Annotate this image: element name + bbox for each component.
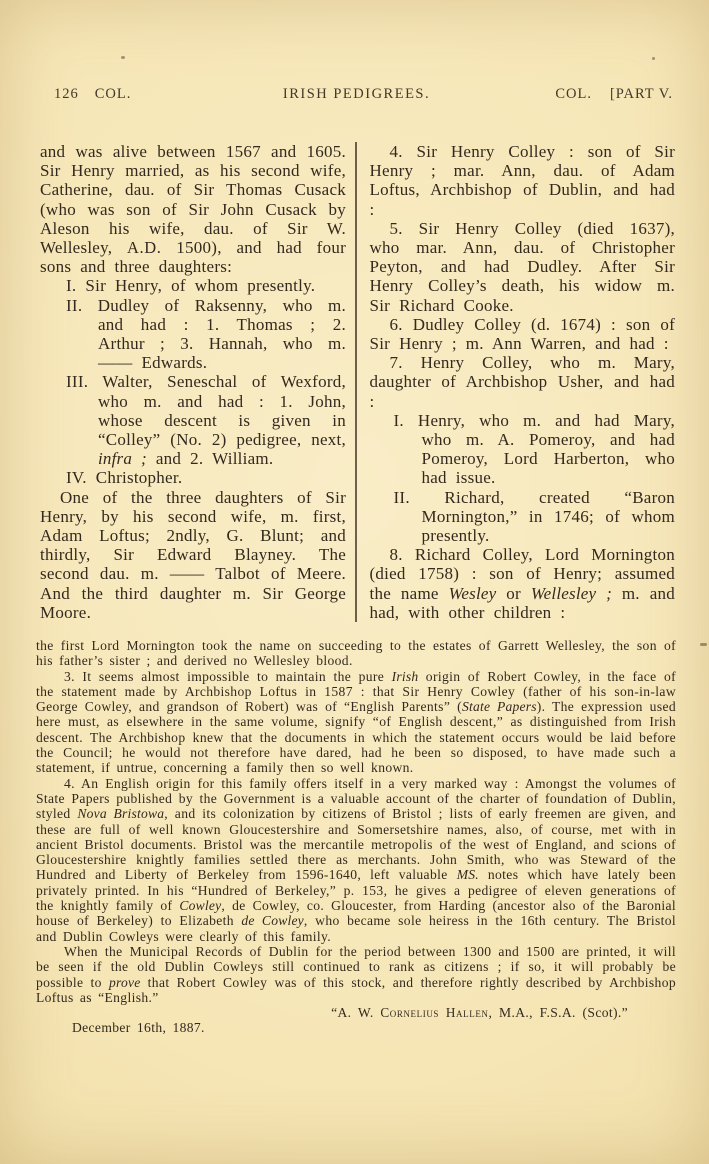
footnote-paragraph: the first Lord Mornington took the name … xyxy=(36,638,676,669)
pedigree-entry: 4. Sir Henry Colley : son of Sir Henry ;… xyxy=(370,142,676,219)
right-column: 4. Sir Henry Colley : son of Sir Henry ;… xyxy=(357,142,676,622)
pedigree-entry: 6. Dudley Colley (d. 1674) : son of Sir … xyxy=(370,315,676,353)
pedigree-sub-item: I. Henry, who m. and had Mary, who m. A.… xyxy=(370,411,676,488)
pedigree-list-item: II. Dudley of Raksenny, who m. and had :… xyxy=(40,296,346,373)
scan-speck xyxy=(700,643,707,646)
footnote-paragraph: 4. An English origin for this family off… xyxy=(36,776,676,944)
scan-speck xyxy=(121,56,125,59)
date-line: December 16th, 1887. xyxy=(36,1020,676,1035)
pedigree-closing-paragraph: One of the three daughters of Sir Henry,… xyxy=(40,488,346,622)
pedigree-entry: 5. Sir Henry Colley (died 1637), who mar… xyxy=(370,219,676,315)
footnote-paragraph: 3. It seems almost impossible to maintai… xyxy=(36,669,676,776)
column-divider xyxy=(355,142,357,622)
two-column-body: and was alive between 1567 and 1605. Sir… xyxy=(40,142,675,622)
pedigree-entry: 7. Henry Colley, who m. Mary, daughter o… xyxy=(370,353,676,411)
pedigree-sub-item: II. Richard, created “Baron Mornington,”… xyxy=(370,488,676,546)
pedigree-entry: 8. Richard Colley, Lord Mornington (died… xyxy=(370,545,676,622)
pedigree-list-item: IV. Christopher. xyxy=(40,468,346,487)
signature-line: “A. W. Cornelius Hallen, M.A., F.S.A. (S… xyxy=(36,1005,676,1020)
footnote-paragraph: When the Municipal Records of Dublin for… xyxy=(36,944,676,1005)
footnotes-section: the first Lord Mornington took the name … xyxy=(36,638,676,1036)
left-column: and was alive between 1567 and 1605. Sir… xyxy=(40,142,346,622)
scan-speck xyxy=(652,57,655,60)
pedigree-list-item: I. Sir Henry, of whom presently. xyxy=(40,276,346,295)
pedigree-list-item: III. Walter, Seneschal of Wexford, who m… xyxy=(40,372,346,468)
pedigree-intro-paragraph: and was alive between 1567 and 1605. Sir… xyxy=(40,142,346,276)
book-page: 126COL. IRISH PEDIGREES. COL.[PART V. an… xyxy=(0,0,709,1164)
page-header: 126COL. IRISH PEDIGREES. COL.[PART V. xyxy=(40,86,673,106)
running-title: IRISH PEDIGREES. xyxy=(40,86,673,103)
